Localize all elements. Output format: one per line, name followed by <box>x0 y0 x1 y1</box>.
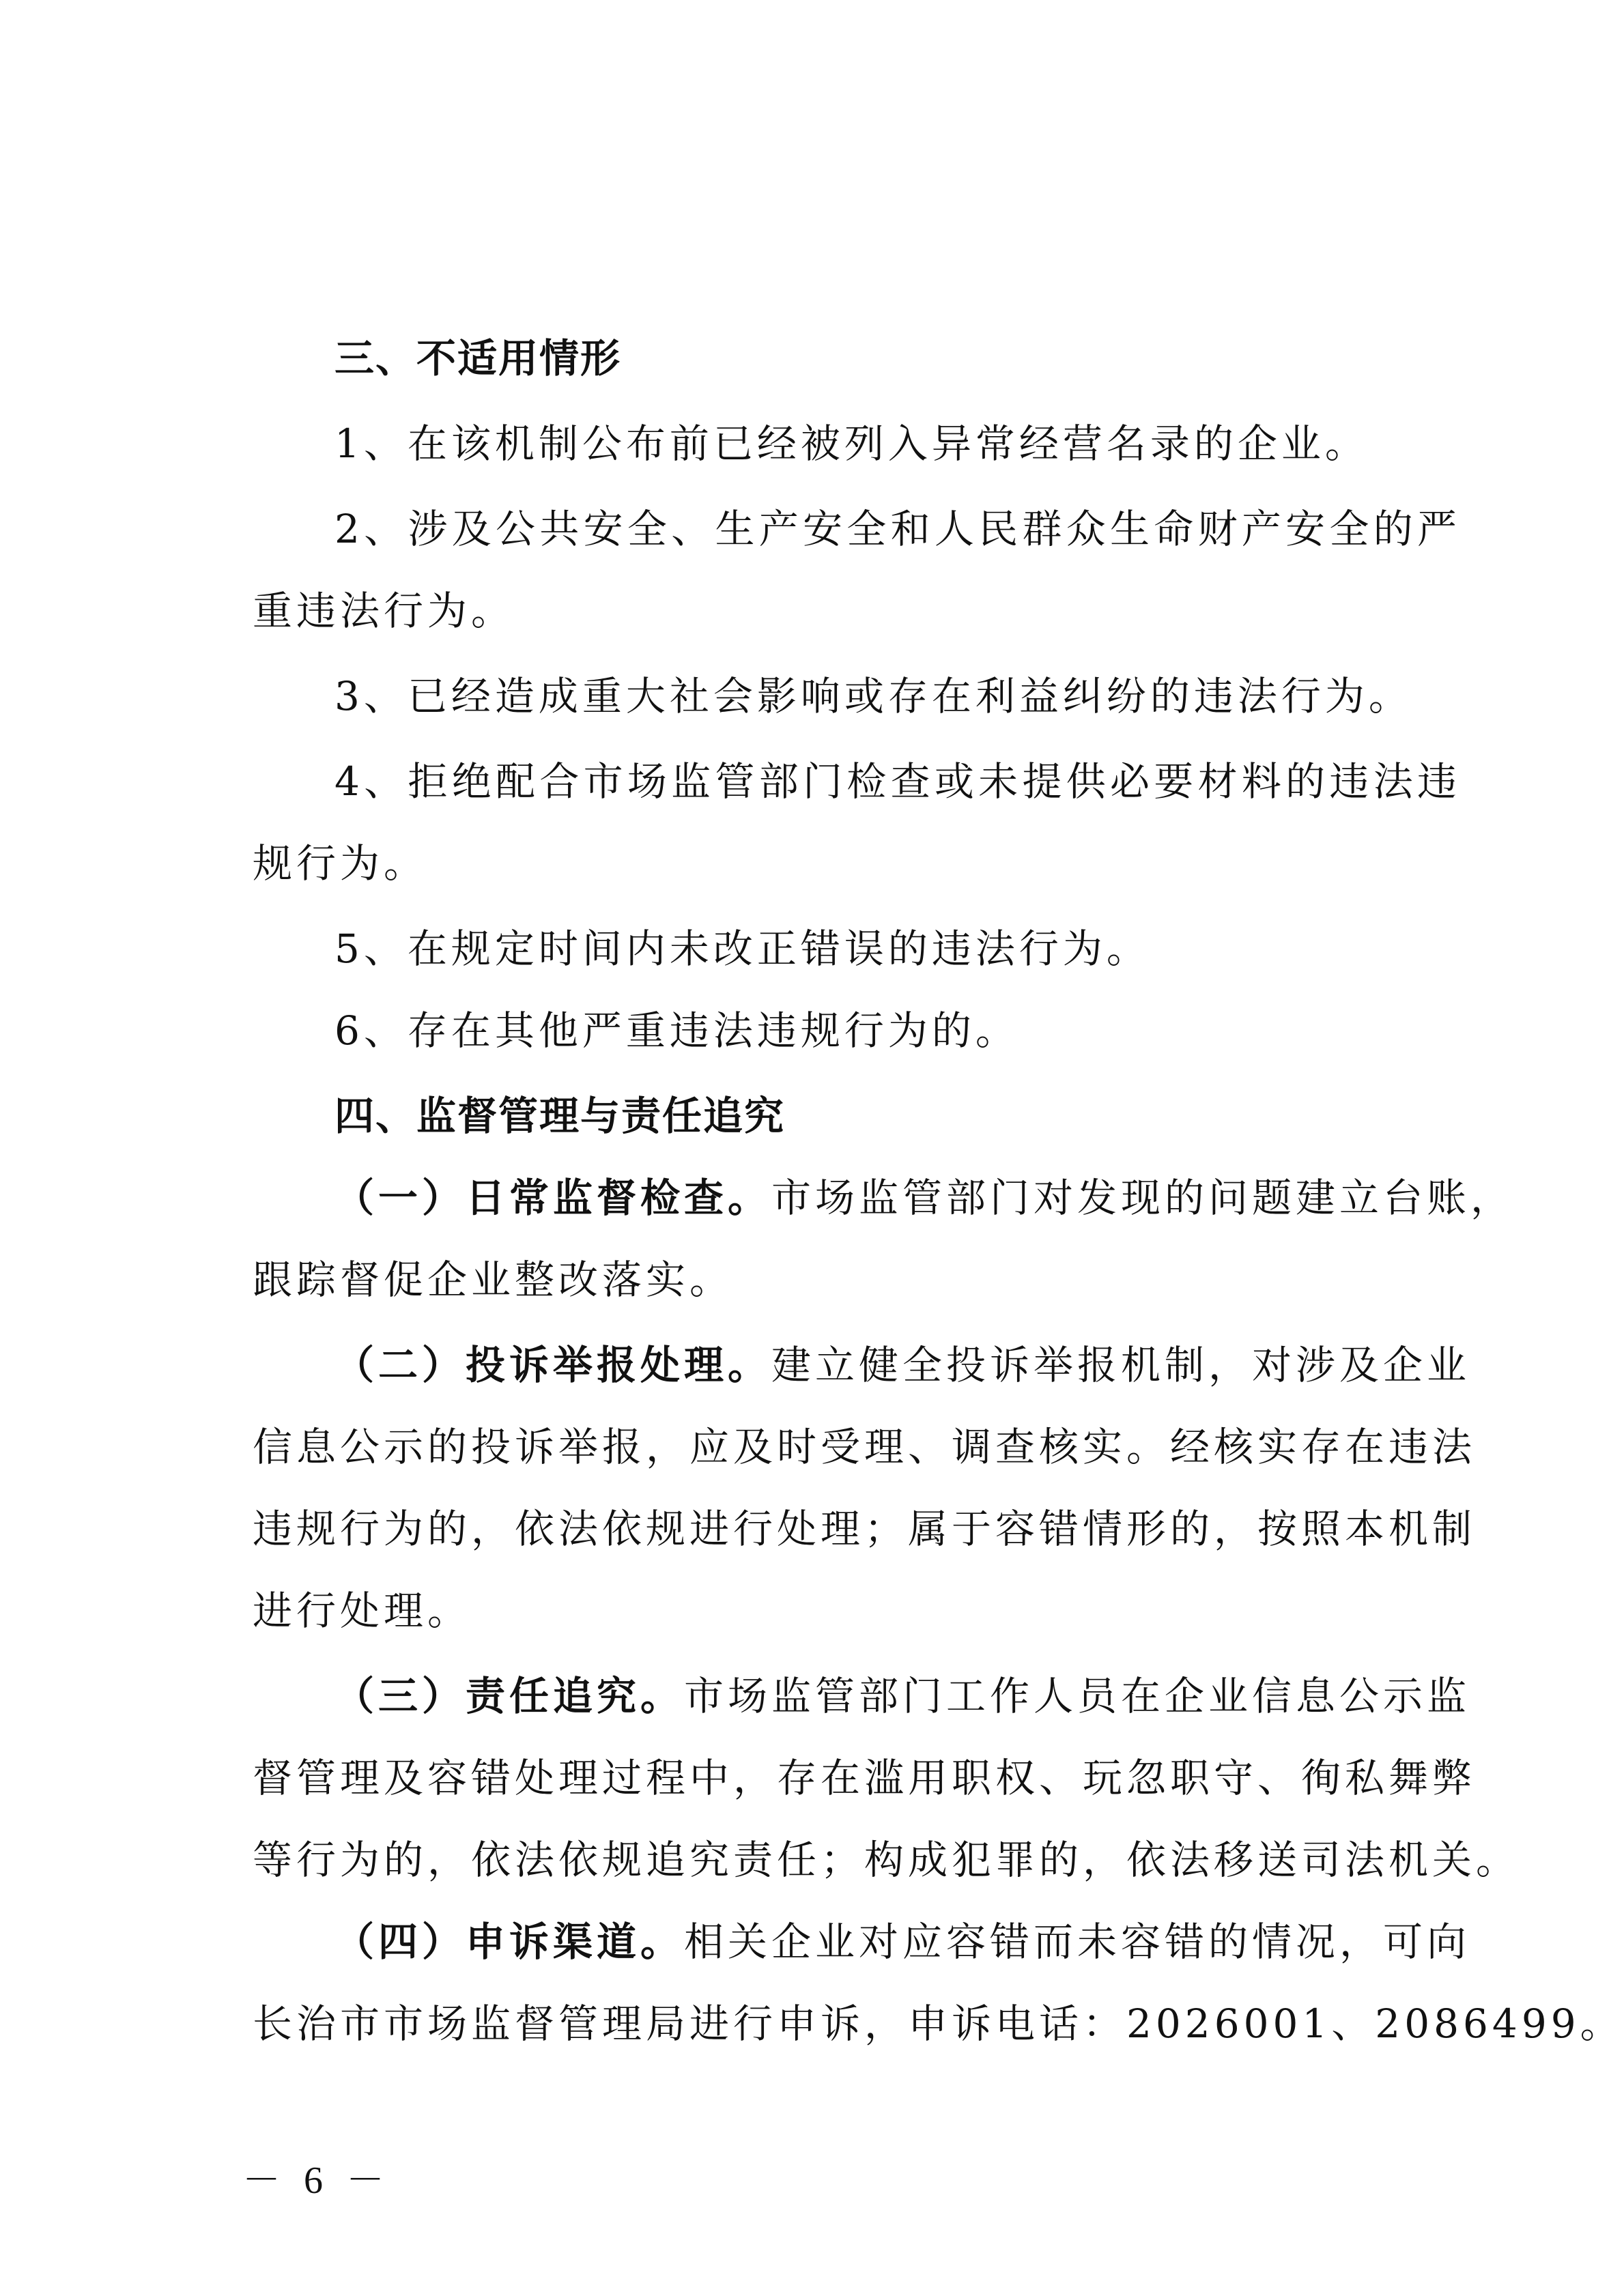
paragraph-complaint-handling: （二）投诉举报处理。建立健全投诉举报机制，对涉及企业 <box>334 1324 1461 1406</box>
paragraph-appeal-channel-line-2: 长治市市场监督管理局进行申诉，申诉电话：2026001、2086499。 <box>253 1983 1461 2065</box>
paragraph-text: 市场监管部门工作人员在企业信息公示监 <box>684 1673 1470 1719</box>
paragraph-lead: （四）申诉渠道。 <box>334 1919 684 1965</box>
paragraph-complaint-handling-line-2: 信息公示的投诉举报，应及时受理、调查核实。经核实存在违法 <box>253 1406 1461 1488</box>
paragraph-accountability-line-3: 等行为的，依法依规追究责任；构成犯罪的，依法移送司法机关。 <box>253 1819 1461 1901</box>
list-item-6: 6、存在其他严重违法违规行为的。 <box>334 990 1461 1072</box>
list-item-4: 4、拒绝配合市场监管部门检查或未提供必要材料的违法违 <box>334 741 1461 822</box>
list-item-2-continuation: 重违法行为。 <box>253 570 1461 652</box>
section-heading-inapplicable-cases: 三、不适用情形 <box>334 317 1461 399</box>
paragraph-lead: （三）责任追究。 <box>334 1673 684 1719</box>
paragraph-text: 市场监管部门对发现的问题建立台账， <box>771 1175 1514 1221</box>
paragraph-accountability-line-2: 督管理及容错处理过程中，存在滥用职权、玩忽职守、徇私舞弊 <box>253 1737 1461 1819</box>
paragraph-accountability: （三）责任追究。市场监管部门工作人员在企业信息公示监 <box>334 1655 1461 1737</box>
page-number: － 6 － <box>242 2157 391 2205</box>
paragraph-complaint-handling-line-3: 违规行为的，依法依规进行处理；属于容错情形的，按照本机制 <box>253 1488 1461 1570</box>
paragraph-text: 相关企业对应容错而未容错的情况，可向 <box>684 1919 1470 1965</box>
paragraph-text: 建立健全投诉举报机制，对涉及企业 <box>771 1342 1470 1388</box>
document-page: 三、不适用情形 1、在该机制公布前已经被列入异常经营名录的企业。 2、涉及公共安… <box>0 0 1624 2296</box>
list-item-4-continuation: 规行为。 <box>253 822 1461 904</box>
list-item-2: 2、涉及公共安全、生产安全和人民群众生命财产安全的严 <box>334 488 1461 570</box>
paragraph-daily-inspection-line-2: 跟踪督促企业整改落实。 <box>253 1239 1461 1321</box>
paragraph-complaint-handling-line-4: 进行处理。 <box>253 1570 1461 1652</box>
paragraph-lead: （二）投诉举报处理。 <box>334 1342 771 1388</box>
paragraph-lead: （一）日常监督检查。 <box>334 1175 771 1221</box>
paragraph-daily-inspection: （一）日常监督检查。市场监管部门对发现的问题建立台账， <box>334 1157 1461 1239</box>
list-item-3: 3、已经造成重大社会影响或存在利益纠纷的违法行为。 <box>334 655 1461 737</box>
section-heading-supervision: 四、监督管理与责任追究 <box>334 1075 1461 1157</box>
paragraph-appeal-channel: （四）申诉渠道。相关企业对应容错而未容错的情况，可向 <box>334 1901 1461 1983</box>
list-item-5: 5、在规定时间内未改正错误的违法行为。 <box>334 908 1461 990</box>
list-item-1: 1、在该机制公布前已经被列入异常经营名录的企业。 <box>334 403 1461 485</box>
